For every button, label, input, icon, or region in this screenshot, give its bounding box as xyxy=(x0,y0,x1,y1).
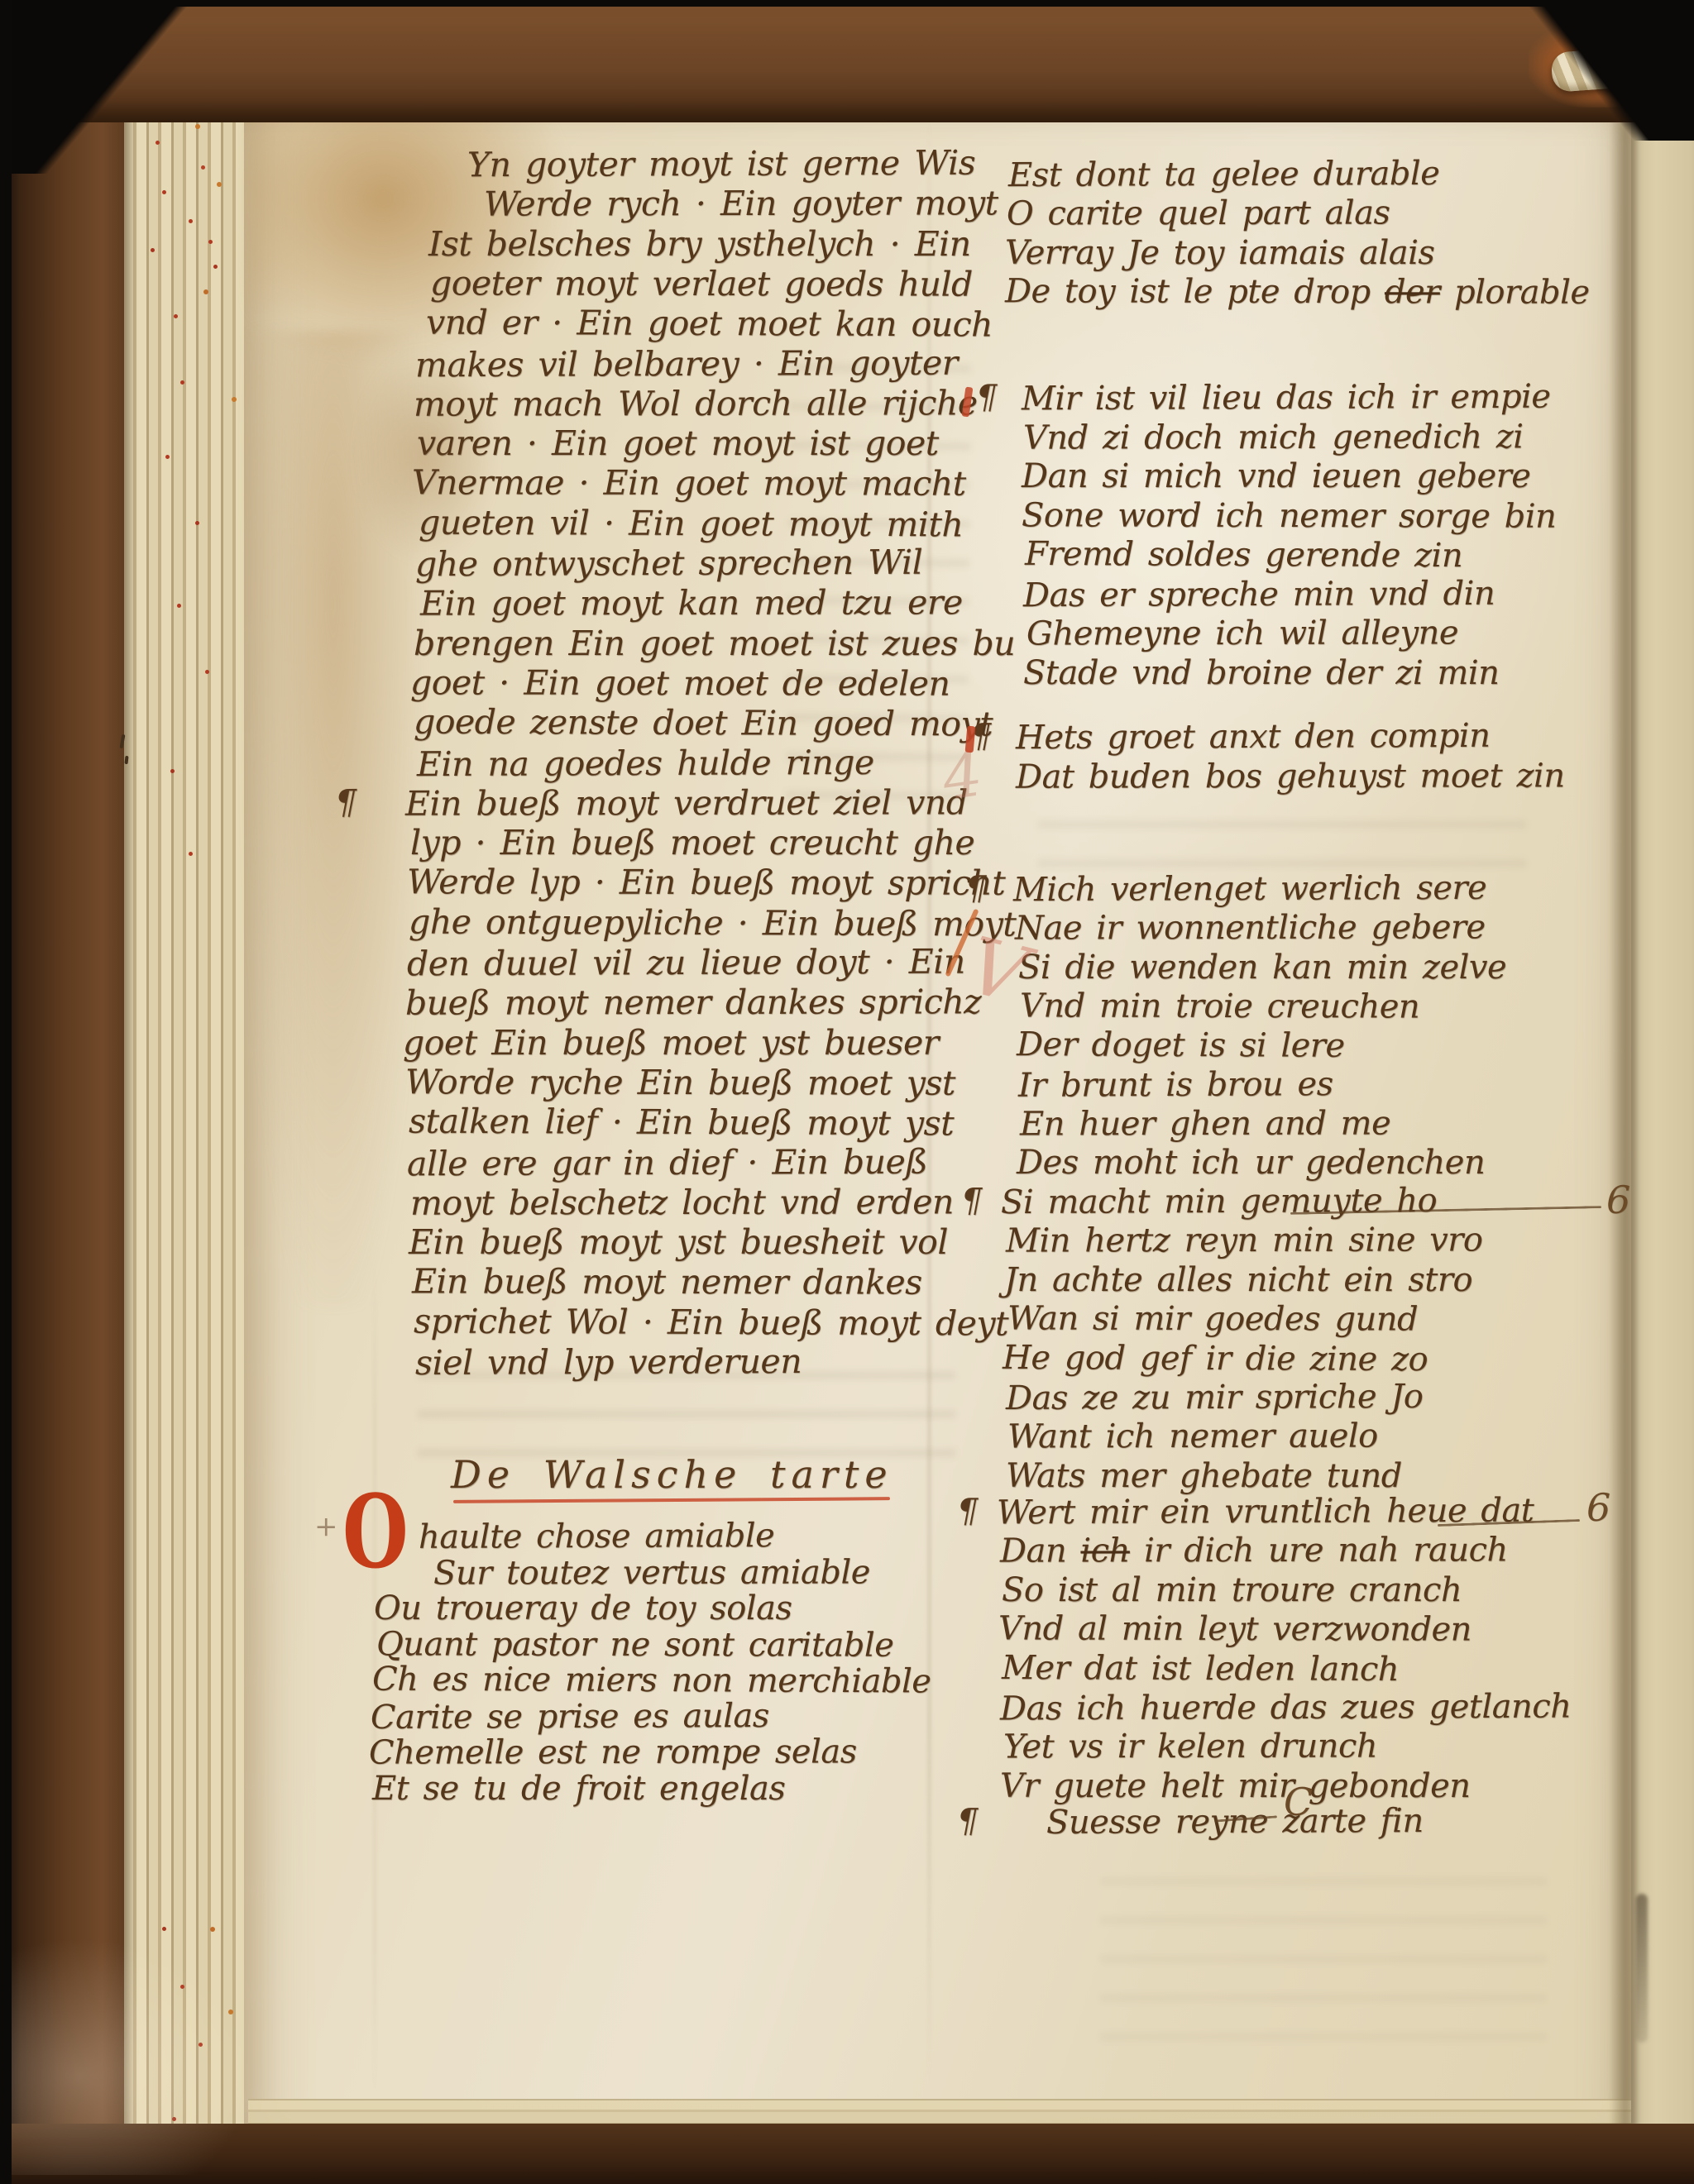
pilcrow-mark: ¶ xyxy=(961,1182,982,1220)
manuscript-line: vnd er · Ein goet moet kan ouch xyxy=(426,303,993,345)
pilcrow-mark: ¶ xyxy=(965,869,986,907)
initial-letter-O: O xyxy=(342,1492,409,1571)
manuscript-line: Chemelle est ne rompe selas xyxy=(369,1732,857,1771)
background-corner xyxy=(1398,0,1694,141)
manuscript-line: gueten vil · Ein goet moyt mith xyxy=(419,502,964,544)
manuscript-line: Werde lyp · Ein bueß moyt spricht xyxy=(407,863,1005,904)
manuscript-line: Ein na goedes hulde ringe xyxy=(417,742,874,783)
manuscript-line: Das er spreche min vnd din xyxy=(1023,574,1495,614)
pilcrow-mark: ¶ xyxy=(957,1802,978,1840)
manuscript-line: He god gef ir die zine zo xyxy=(1003,1339,1428,1379)
manuscript-line: Worde ryche Ein bueß moet yst xyxy=(405,1062,955,1102)
background-edge xyxy=(0,0,12,2184)
pilcrow-mark: ¶ xyxy=(976,378,997,416)
manuscript-line: siel vnd lyp verderuen xyxy=(415,1341,802,1383)
manuscript-photo: Yn goyter moyt ist gerne WisWerde rych ·… xyxy=(0,0,1694,2184)
manuscript-line: O carite quel part alas xyxy=(1007,194,1390,233)
manuscript-line: goet Ein bueß moet yst bueser xyxy=(403,1023,939,1063)
manuscript-line: stalken lief · Ein bueß moyt yst xyxy=(409,1102,954,1144)
manuscript-line: makes vil belbarey · Ein goyter xyxy=(415,342,958,385)
manuscript-line: varen · Ein goet moyt ist goet xyxy=(417,423,939,463)
manuscript-line: Est dont ta gelee durable xyxy=(1008,155,1440,194)
manuscript-line: Vnd al min leyt verzwonden xyxy=(998,1610,1471,1649)
manuscript-line: haulte chose amiable xyxy=(419,1517,774,1556)
manuscript-line: Ghemeyne ich wil alleyne xyxy=(1026,614,1458,652)
manuscript-line: moyt mach Wol dorch alle rijche xyxy=(414,383,978,423)
manuscript-line: den duuel vil zu lieue doyt · Ein xyxy=(407,942,965,984)
manuscript-line: goet · Ein goet moet de edelen xyxy=(410,662,950,703)
manuscript-line: Fremd soldes gerende zin xyxy=(1025,535,1462,575)
manuscript-line: alle ere gar in dief · Ein bueß xyxy=(407,1141,927,1183)
manuscript-line: Vr guete helt mir gebonden xyxy=(1000,1767,1471,1805)
manuscript-line: So ist al min troure cranch xyxy=(1002,1571,1462,1609)
manuscript-line: Werde rych · Ein goyter moyt xyxy=(484,184,998,224)
manuscript-line: Des moht ich ur gedenchen xyxy=(1017,1144,1485,1182)
manuscript-line: Dat buden bos gehuyst moet zin xyxy=(1016,757,1565,796)
pilcrow-mark: ¶ xyxy=(957,1492,978,1530)
manuscript-line: ¶Si macht min gemuyte ho xyxy=(1001,1182,1437,1221)
manuscript-line: Yet vs ir kelen drunch xyxy=(1003,1728,1377,1766)
rubric-heading: De Walsche tarte xyxy=(451,1452,893,1497)
manuscript-line: Stade vnd broine der zi min xyxy=(1023,654,1499,692)
manuscript-line: ghe ontwyschet sprechen Wil xyxy=(415,542,923,585)
manuscript-line: Yn goyter moyt ist gerne Wis xyxy=(467,143,975,185)
marginal-cross-mark: + xyxy=(314,1510,338,1543)
manuscript-line: Et se tu de froit engelas xyxy=(372,1770,785,1808)
manuscript-line: Ein bueß moyt yst buesheit vol xyxy=(409,1222,948,1262)
manuscript-line: De toy ist le pte drop der plorable xyxy=(1005,272,1590,311)
manuscript-line: moyt belschetz locht vnd erden xyxy=(410,1182,954,1222)
manuscript-line: Vnermae · Ein goet moyt macht xyxy=(412,463,966,504)
manuscript-line: goede zenste doet Ein goed moyt xyxy=(414,702,993,744)
manuscript-line: ¶Suesse reyne zarte fin xyxy=(1046,1802,1424,1842)
bleed-through-ghost xyxy=(1038,820,1526,875)
manuscript-line: Vnd zi doch mich genedich zi xyxy=(1023,418,1524,456)
bleed-through-ghost xyxy=(1100,1877,1547,2055)
manuscript-line: Mer dat ist leden lanch xyxy=(1002,1649,1399,1689)
next-page-edge xyxy=(1631,93,1694,2142)
manuscript-line: Ein goet moyt kan med tzu ere xyxy=(420,583,963,624)
manuscript-line: Nae ir wonnentliche gebere xyxy=(1015,909,1486,948)
manuscript-line: ¶Mir ist vil lieu das ich ir empie xyxy=(1022,378,1551,418)
manuscript-line: Ou troueray de toy solas xyxy=(374,1589,792,1627)
manuscript-line: bueß moyt nemer dankes sprichz xyxy=(405,982,981,1023)
struck-word: der xyxy=(1385,273,1440,311)
background-corner xyxy=(0,0,265,174)
manuscript-line: Verray Je toy iamais alais xyxy=(1005,234,1434,272)
manuscript-line: Sur toutez vertus amiable xyxy=(433,1553,870,1592)
gutter-dark-blot xyxy=(1636,1894,1648,2043)
pilcrow-mark: ¶ xyxy=(335,782,357,822)
manuscript-line: Si die wenden kan min zelve xyxy=(1018,949,1506,987)
manuscript-line: Ch es nice miers non merchiable xyxy=(372,1661,931,1701)
manuscript-line: Dan si mich vnd ieuen gebere xyxy=(1022,457,1530,495)
manuscript-line: goeter moyt verlaet goeds huld xyxy=(430,263,973,303)
manuscript-line: brengen Ein goet moet ist zues bu xyxy=(414,624,1015,663)
manuscript-line: Das ze zu mir spriche Jo xyxy=(1006,1378,1424,1417)
manuscript-line: Sone word ich nemer sorge bin xyxy=(1022,496,1556,535)
manuscript-line: Ist belsches bry ysthelych · Ein xyxy=(428,224,971,264)
manuscript-line: En huer ghen and me xyxy=(1020,1104,1390,1143)
manuscript-line: Vnd min troie creuchen xyxy=(1020,987,1419,1025)
margin-mark-6: 6 xyxy=(1586,1485,1610,1530)
margin-mark-c: C xyxy=(1284,1780,1313,1824)
struck-word: ich xyxy=(1080,1532,1130,1570)
leather-gloss-highlight xyxy=(0,1927,265,2175)
manuscript-line: sprichet Wol · Ein bueß moyt deyt xyxy=(414,1301,1008,1343)
manuscript-line: ghe ontguepyliche · Ein bueß moyt xyxy=(409,901,1017,944)
manuscript-line: Jn achte alles nicht ein stro xyxy=(1004,1261,1472,1299)
manuscript-line: Der doget is si lere xyxy=(1017,1025,1345,1065)
leather-cover-left xyxy=(0,0,142,2184)
manuscript-line: Carite se prise es aulas xyxy=(371,1696,769,1736)
manuscript-line: Ein bueß moyt nemer dankes xyxy=(412,1262,922,1302)
manuscript-line: Min hertz reyn min sine vro xyxy=(1006,1221,1483,1260)
manuscript-line: Dan ich ir dich ure nah rauch xyxy=(1000,1532,1508,1570)
manuscript-line: Quant pastor ne sont caritable xyxy=(376,1625,893,1664)
manuscript-line: Wan si mir goedes gund xyxy=(1007,1300,1418,1339)
manuscript-line: Das ich huerde das zues getlanch xyxy=(1000,1688,1572,1728)
manuscript-line: ¶Mich verlenget werlich sere xyxy=(1013,869,1487,909)
manuscript-line: Wats mer ghebate tund xyxy=(1006,1457,1402,1495)
manuscript-line: lyp · Ein bueß moet creucht ghe xyxy=(410,823,974,863)
manuscript-line: ¶Hets groet anxt den compin xyxy=(1016,717,1491,757)
manuscript-line: Ir brunt is brou es xyxy=(1018,1065,1333,1105)
margin-mark-6: 6 xyxy=(1606,1178,1630,1222)
manuscript-line: Want ich nemer auelo xyxy=(1007,1417,1378,1456)
manuscript-line: ¶Ein bueß moyt verdruet ziel vnd xyxy=(405,782,968,823)
